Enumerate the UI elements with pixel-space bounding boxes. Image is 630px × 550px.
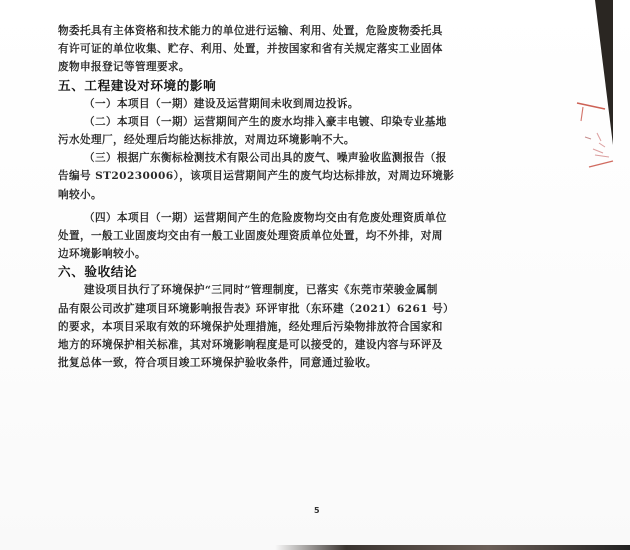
section-heading-6: 六、验收结论 <box>58 263 418 281</box>
text-line: 污水处理厂，经处理后均能达标排放，对周边环境影响不大。 <box>58 131 418 149</box>
document-body: 物委托具有主体资格和技术能力的单位进行运输、利用、处置，危险废物委托具 有许可证… <box>58 22 418 372</box>
scanned-page: 物委托具有主体资格和技术能力的单位进行运输、利用、处置，危险废物委托具 有许可证… <box>0 0 630 550</box>
conclusion-line: 地方的环境保护相关标准，其对环境影响程度是可以接受的，建设内容与环评及 <box>58 336 418 354</box>
page-bottom-edge <box>275 545 630 550</box>
page-number: 5 <box>314 506 320 515</box>
conclusion-line: 品有限公司改扩建项目环境影响报告表》环评审批（东环建（2021）6261 号） <box>58 300 418 318</box>
text-line: 有许可证的单位收集、贮存、利用、处置，并按国家和省有关规定落实工业固体 <box>58 40 418 58</box>
text-line: 响较小。 <box>58 186 418 204</box>
text-line: 废物申报登记等管理要求。 <box>58 58 418 76</box>
text-line: 物委托具有主体资格和技术能力的单位进行运输、利用、处置，危险废物委托具 <box>58 22 418 40</box>
text-line: 处置，一般工业固废均交由有一般工业固废处理资质单位处置，均不外排，对周 <box>58 227 418 245</box>
text-line: 边环境影响较小。 <box>58 245 418 263</box>
section-heading-5: 五、工程建设对环境的影响 <box>58 77 418 95</box>
text-line: 告编号 ST20230006），该项目运营期间产生的废气均达标排放，对周边环境影 <box>58 167 418 185</box>
conclusion-line: 建设项目执行了环境保护“三同时”管理制度，已落实《东莞市荣骏金属制 <box>58 281 418 299</box>
section5-item-2: （二）本项目（一期）运营期间产生的废水均排入豪丰电镀、印染专业基地 <box>58 113 418 131</box>
red-handwritten-mark-icon <box>575 95 625 175</box>
conclusion-line: 批复总体一致，符合项目竣工环境保护验收条件，同意通过验收。 <box>58 354 418 372</box>
conclusion-line: 的要求，本项目采取有效的环境保护处理措施，经处理后污染物排放符合国家和 <box>58 318 418 336</box>
section5-item-4: （四）本项目（一期）运营期间产生的危险废物均交由有危废处理资质单位 <box>58 209 418 227</box>
section5-item-3: （三）根据广东衡标检测技术有限公司出具的废气、噪声验收监测报告（报 <box>58 149 418 167</box>
section5-item-1: （一）本项目（一期）建设及运营期间未收到周边投诉。 <box>58 95 418 113</box>
